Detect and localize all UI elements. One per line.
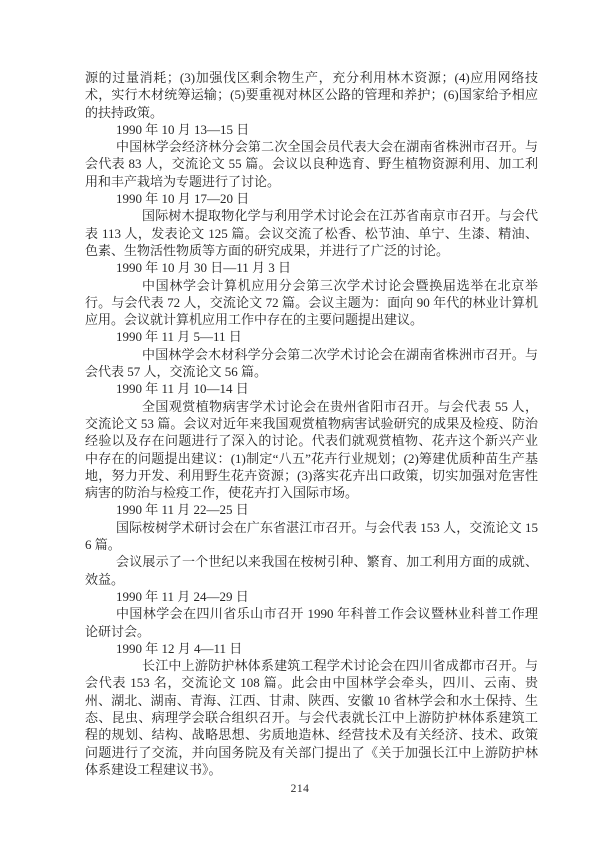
body-paragraph: 中国林学会经济林分会第二次全国会员代表大会在湖南省株洲市召开。与会代表 83 人… [85, 138, 538, 190]
page-number: 214 [0, 783, 600, 795]
document-page: 源的过量消耗；(3)加强伐区剩余物生产，充分利用林木资源；(4)应用网络技术，实… [0, 0, 600, 848]
body-paragraph: 中国林学会计算机应用分会第三次学术讨论会暨换届选举在北京举行。与会代表 72 人… [85, 277, 538, 329]
body-paragraph: 中国林学会木材科学分会第二次学术讨论会在湖南省株洲市召开。与会代表 57 人，交… [85, 346, 538, 381]
body-paragraph: 国际树木提取物化学与利用学术讨论会在江苏省南京市召开。与会代表 113 人，发表… [85, 207, 538, 259]
continuation-paragraph: 源的过量消耗；(3)加强伐区剩余物生产，充分利用林木资源；(4)应用网络技术，实… [85, 69, 538, 121]
body-paragraph: 长江中上游防护林体系建筑工程学术讨论会在四川省成都市召开。与会代表 153 名，… [85, 657, 538, 778]
date-line: 1990 年 11 月 10—14 日 [85, 380, 538, 397]
date-line: 1990 年 12 月 4—11 日 [85, 640, 538, 657]
date-line: 1990 年 11 月 24—29 日 [85, 588, 538, 605]
date-line: 1990 年 10 月 30 日—11 月 3 日 [85, 259, 538, 276]
date-line: 1990 年 11 月 5—11 日 [85, 328, 538, 345]
text-block: 源的过量消耗；(3)加强伐区剩余物生产，充分利用林木资源；(4)应用网络技术，实… [85, 69, 538, 778]
date-line: 1990 年 11 月 22—25 日 [85, 501, 538, 518]
body-paragraph: 中国林学会在四川省乐山市召开 1990 年科普工作会议暨林业科普工作理论研讨会。 [85, 605, 538, 640]
date-line: 1990 年 10 月 13—15 日 [85, 121, 538, 138]
date-line: 1990 年 10 月 17—20 日 [85, 190, 538, 207]
body-paragraph: 全国观赏植物病害学术讨论会在贵州省阳市召开。与会代表 55 人，交流论文 53 … [85, 398, 538, 502]
body-paragraph: 会议展示了一个世纪以来我国在桉树引种、繁育、加工利用方面的成就、效益。 [85, 553, 538, 588]
body-paragraph: 国际桉树学术研讨会在广东省湛江市召开。与会代表 153 人，交流论文 156 篇… [85, 519, 538, 554]
